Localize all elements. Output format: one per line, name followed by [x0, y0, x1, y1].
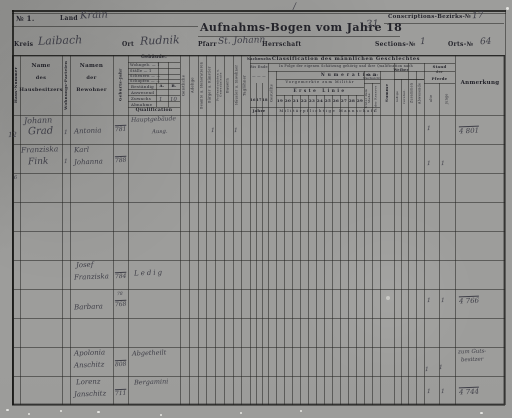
grid-line-v	[364, 71, 365, 405]
grid-line-h	[12, 231, 505, 232]
pferde-junge-col: junge	[439, 84, 455, 113]
scan-speckle	[6, 409, 9, 411]
age-col-23: 23	[308, 97, 316, 105]
entry-birth-year: 781	[115, 126, 127, 133]
entry-pferde-tick: 1	[441, 160, 445, 167]
class-col-beamte: Beamte u. Honoratioren	[198, 57, 207, 113]
grid-line-h	[394, 79, 424, 80]
entry-wohnpartei-mark: 1	[64, 158, 68, 165]
entry-class-tick: 1	[234, 127, 238, 134]
grid-line-v	[356, 95, 357, 405]
entry-anmerkung: 4 766	[459, 297, 479, 306]
entry-bewohner-name: Karl	[74, 146, 89, 155]
entry-birth-year: 788	[115, 157, 127, 164]
land-label: Land	[60, 15, 78, 22]
grid-line-v	[284, 95, 285, 405]
grid-line-v	[372, 83, 373, 405]
entry-pferde-tick: 1	[441, 388, 445, 395]
orts-value: 64	[480, 37, 492, 47]
grid-line-v	[340, 95, 341, 405]
grid-line-v	[233, 55, 234, 405]
entry-birth-year: 808	[115, 361, 127, 368]
anmerkung-header: Anmerkung	[455, 79, 505, 89]
grid-line-v	[455, 55, 456, 405]
entry-bewohner-name: Josef	[76, 261, 94, 270]
age-col-27: 27	[340, 97, 348, 105]
top-flourish-mark: ∕	[293, 2, 296, 12]
grid-line-v	[70, 55, 71, 405]
grid-line-h	[128, 68, 180, 69]
grid-line-h	[250, 63, 455, 64]
grid-line-h	[12, 289, 505, 290]
jahre-label: Jahre	[250, 108, 268, 114]
age-col-29: 29	[356, 97, 364, 105]
grid-line-v	[300, 95, 301, 405]
entry-pferde-tick: 1	[427, 388, 431, 395]
grid-line-v	[180, 55, 181, 405]
grid-line-v	[262, 83, 263, 405]
land-value: Krain	[80, 10, 108, 22]
unter-masse-col: Unter dem Maße	[364, 84, 372, 113]
class-col-tagloehner: Taglöhner	[241, 57, 250, 113]
grid-line-h	[250, 107, 380, 108]
weiber-ledige-col: ledige	[394, 80, 401, 113]
classification-title: Classification des männlichen Geschlecht…	[268, 56, 424, 63]
entry-owner-first: Franziska	[21, 144, 59, 154]
age-col-22: 22	[300, 97, 308, 105]
col-header-hausbesitzer-2: des	[20, 75, 62, 82]
grid-line-h	[12, 144, 505, 145]
kreis-value: Laibach	[38, 33, 83, 48]
ort-value: Rudnik	[140, 33, 180, 47]
entry-bewohner-name: Anschitz	[74, 360, 105, 369]
grid-line-v	[168, 62, 169, 83]
entry-birth-year: 711	[115, 390, 127, 397]
grid-line-h	[128, 89, 180, 90]
entry-pferde-tick: 1	[441, 297, 445, 304]
class-col-geistliche: Geistliche	[180, 57, 189, 113]
col-header-hausbesitzer-3: Hausbesitzers	[20, 87, 62, 95]
grid-line-v	[224, 55, 225, 405]
scan-speckle	[60, 410, 62, 412]
scan-speckle	[160, 414, 162, 416]
entry-bewohner-name: Johanna	[74, 157, 103, 166]
scan-speckle	[300, 410, 302, 412]
box-col-b: B.	[168, 84, 180, 89]
entry-anmerkung-line-1: zum Guts-	[458, 349, 486, 356]
class-col-professionisten: Professionisten u. Gewerbsleute	[215, 57, 224, 113]
grid-line-h	[364, 83, 380, 84]
grid-line-v	[206, 55, 207, 405]
grid-line-h	[12, 405, 505, 406]
entry-bewohner-name: Apolonia	[74, 348, 105, 357]
sheet-number: № 1.	[16, 14, 35, 23]
scan-speckle	[506, 7, 509, 10]
col-header-bewohner-3: Bewohner	[70, 87, 113, 95]
entry-bewohner-name: Janschitz	[74, 389, 107, 398]
pferde-label-3: Pferde	[424, 76, 455, 82]
entry-bewohner-name: Franziska	[74, 272, 109, 281]
grid-line-v	[256, 83, 257, 405]
grid-line-v	[113, 55, 114, 405]
weiber-verehel-col: verehel.	[401, 80, 408, 113]
grid-line-h	[268, 71, 455, 72]
entry-status-note: Ledig	[134, 268, 164, 277]
age-col-20: 20	[284, 97, 292, 105]
grid-line-h	[128, 74, 180, 75]
grid-line-h	[12, 173, 505, 174]
scan-speckle	[240, 412, 242, 414]
gebaeude-row-3: Scheuern — —	[130, 74, 160, 78]
grid-line-v	[292, 95, 293, 405]
col-header-geburtsjahr: Geburts-Jahr	[113, 57, 128, 113]
entry-anmerkung: 4 744	[459, 388, 479, 397]
grid-line-v	[505, 55, 506, 405]
box-value-a: 1	[159, 97, 163, 103]
age-col-21: 21	[292, 97, 300, 105]
entry-bewohner-name: Lorenz	[76, 378, 101, 387]
age-col-25: 25	[324, 97, 332, 105]
grid-line-h	[128, 95, 180, 96]
class-col-haeusler: Häusler u. Inwohner	[233, 57, 242, 113]
grid-line-h	[12, 55, 505, 56]
herrschaft-label: Herrschaft	[262, 41, 301, 48]
orts-label: Orts-№	[448, 41, 473, 48]
nachsicht-label: Bis zur Nachsicht	[364, 72, 380, 82]
pfarr-value: St. Johann	[218, 35, 266, 47]
grid-line-h	[12, 260, 505, 261]
entry-owner-last: Grad	[28, 126, 54, 138]
col-header-bewohner-2: der	[70, 75, 113, 82]
nachwuchs-sub: Bis Ende	[250, 65, 268, 71]
grid-line-v	[215, 55, 216, 405]
scan-speckle	[480, 412, 483, 414]
nachwuchs-label: Nachwuchs	[250, 56, 268, 63]
scan-speckle	[386, 296, 390, 300]
grid-line-h	[276, 87, 364, 88]
age-col-28: 28	[348, 97, 356, 105]
col-header-bewohner-1: Namen	[70, 63, 113, 71]
grid-line-v	[332, 95, 333, 405]
scan-speckle	[97, 411, 100, 413]
grid-line-h	[276, 95, 364, 96]
vorgemerkte-label: Vorgemerkte zum Militär	[276, 80, 364, 86]
col-header-hausbesitzer-1: Name	[20, 63, 62, 71]
entry-birth-year: 784	[115, 273, 127, 280]
qualification-label: Qualification	[128, 108, 180, 114]
grid-line-v	[12, 55, 13, 405]
class-col-adelige: Adelige	[189, 57, 198, 113]
grid-line-v	[276, 71, 277, 405]
col-header-wohnpartei: Wohnungs-Parteien	[62, 57, 70, 113]
entry-anmerkung-line-2: besitzer	[461, 357, 484, 364]
age-col-26: 26	[332, 97, 340, 105]
grid-line-h	[12, 318, 505, 319]
kreis-label: Kreis	[14, 41, 33, 48]
entry-building-note-2: Ausg.	[152, 129, 168, 136]
entry-pferde-tick: 1	[427, 160, 431, 167]
grid-line-h	[12, 115, 505, 116]
class-col-buerger: Bürger u. Künstler	[206, 57, 215, 113]
grid-line-v	[348, 95, 349, 405]
grid-line-h	[128, 107, 180, 108]
grid-line-h	[12, 202, 505, 203]
grid-line-h	[12, 376, 505, 377]
entry-bewohner-name: Antonia	[74, 127, 102, 136]
grid-line-v	[20, 55, 21, 405]
entry-bewohner-name: Barbara	[74, 302, 103, 311]
sections-value: 1	[420, 37, 426, 47]
grid-line-v	[158, 62, 159, 83]
entry-status-note: Abgetheilt	[132, 348, 167, 357]
entry-owner-first: Johann	[24, 116, 53, 126]
grid-line-h	[424, 83, 455, 84]
grid-line-h	[128, 101, 180, 102]
box-value-b: 10	[170, 97, 177, 103]
entry-pferde-tick: 1	[427, 297, 431, 304]
grid-line-h	[128, 83, 180, 84]
grid-line-v	[241, 55, 242, 405]
box-col-a: A.	[156, 84, 168, 89]
reserve-col: In der Reserve	[372, 84, 380, 113]
entry-anmerkung: 4 801	[459, 127, 479, 136]
age-col-24: 24	[316, 97, 324, 105]
age-col-19: 19	[276, 97, 284, 105]
grid-line-v	[380, 71, 381, 405]
conscriptions-label: Conscriptions-Bezirks-№	[388, 14, 471, 20]
gebaeude-row-1: Wohngeb. — 1	[130, 63, 160, 67]
header-underline-left	[12, 26, 198, 27]
conscriptions-value: 17	[472, 11, 484, 21]
col-header-haus-nummer: Haus-Nummer	[12, 57, 20, 113]
grid-line-v	[324, 95, 325, 405]
grid-line-v	[62, 55, 63, 405]
entry-building-note: Hauptgebäude	[131, 115, 176, 124]
pfarr-label: Pfarr	[198, 41, 217, 48]
erste-linie-label: Erste Linie	[276, 88, 364, 94]
grid-line-h	[12, 347, 505, 348]
grid-line-h	[128, 79, 180, 80]
grid-line-v	[401, 79, 402, 405]
frame-right	[505, 10, 506, 55]
entry-wohnpartei-mark: 1	[64, 129, 68, 136]
grid-line-v	[189, 55, 190, 405]
entry-owner-last: Fink	[28, 157, 49, 168]
entry-house-number: 6	[14, 175, 17, 181]
title-year-value: 31	[366, 19, 379, 30]
conscription-table: Haus-Nummer Name des Hausbesitzers Wohnu…	[12, 55, 505, 405]
gebaeude-row-2: Ställe — 1	[130, 69, 152, 73]
nachwuchs-dashes: — — —	[250, 74, 268, 80]
grid-line-v	[416, 71, 417, 405]
grid-line-h	[128, 62, 180, 63]
ort-label: Ort	[122, 41, 134, 48]
class-col-bauern: Bauern	[224, 57, 233, 113]
entry-pferde-tick: 1	[425, 366, 429, 373]
entry-pferde-tick: 1	[427, 125, 431, 132]
grid-line-v	[316, 95, 317, 405]
entry-birth-year: 768	[115, 301, 127, 308]
sections-label: Sections-№	[375, 41, 416, 48]
pferde-alte-col: alte	[424, 84, 439, 113]
scan-speckle	[28, 413, 30, 415]
scanned-form-page: № 1. Land Krain Conscriptions-Bezirks-№ …	[0, 0, 512, 418]
gebaeude-label: Gebäude:	[128, 56, 180, 62]
grid-line-v	[308, 95, 309, 405]
entry-birth-year-correction: 78	[117, 292, 123, 297]
grid-line-v	[439, 83, 440, 405]
grid-line-v	[198, 55, 199, 405]
entry-status-note: Bergamini	[134, 377, 169, 386]
